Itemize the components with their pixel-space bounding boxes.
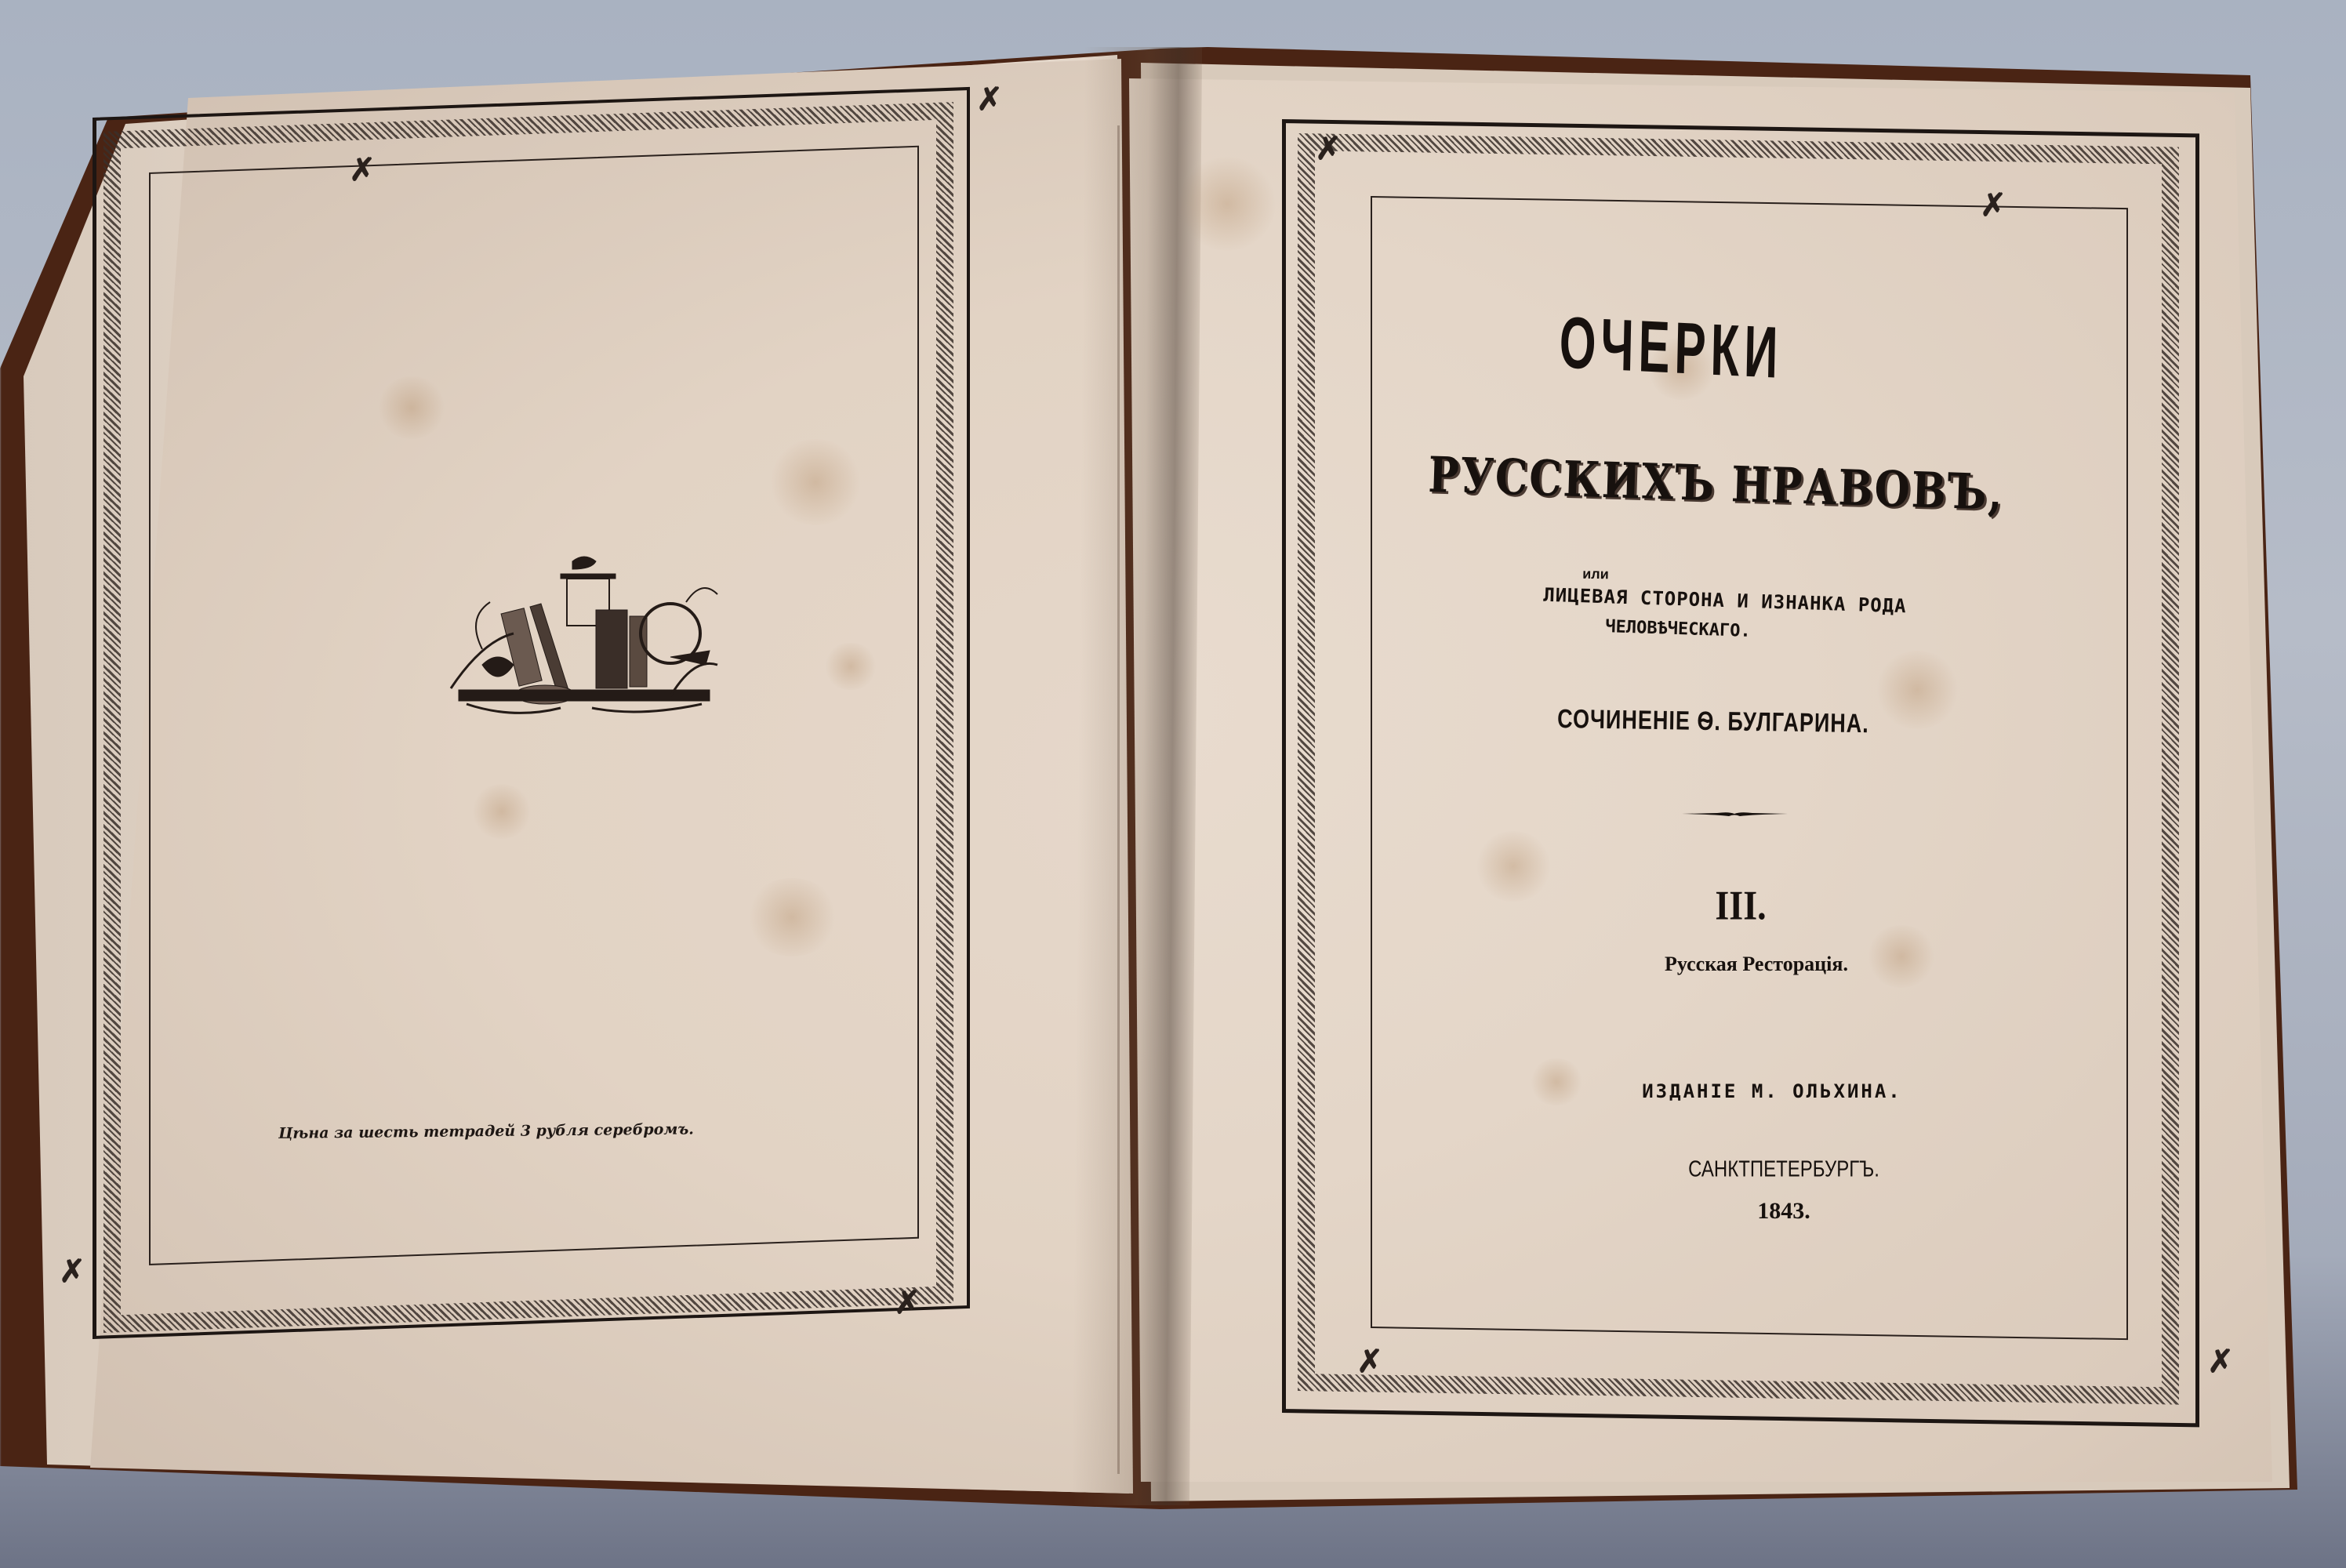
engraved-still-life-vignette-icon <box>435 547 729 716</box>
book-gutter-shadow <box>1072 47 1202 1505</box>
photo-scene: ✗ ✗ ✗ ✗ Цѣна за шесть тетрадей 3 рубля с… <box>0 0 2346 1568</box>
book-title: ОЧЕРКИ <box>1559 300 1764 394</box>
scroll-corner-ornament-icon: ✗ <box>345 153 379 187</box>
scroll-corner-ornament-icon: ✗ <box>1976 188 2010 223</box>
scroll-corner-ornament-icon: ✗ <box>2203 1345 2238 1379</box>
scroll-corner-ornament-icon: ✗ <box>55 1254 89 1289</box>
publication-city: САНКТПЕТЕРБУРГЪ. <box>1666 1156 1901 1183</box>
scroll-corner-ornament-icon: ✗ <box>890 1286 924 1320</box>
scroll-corner-ornament-icon: ✗ <box>1311 132 1345 166</box>
ornamental-rule-icon <box>1682 811 1788 816</box>
chapter-title: Русская Ресторація. <box>1623 953 1890 976</box>
author-line: СОЧИНЕНІЕ Ѳ. БУЛГАРИНА. <box>1509 703 1918 740</box>
publisher-line: ИЗДАНІЕ М. ОЛЬХИНА. <box>1600 1080 1945 1102</box>
scroll-corner-ornament-icon: ✗ <box>972 82 1007 117</box>
conjunction: или <box>1549 565 1643 583</box>
volume-number: III. <box>1701 881 1780 929</box>
scroll-corner-ornament-icon: ✗ <box>1353 1345 1387 1379</box>
page-edge <box>1117 125 1120 1474</box>
publication-year: 1843. <box>1737 1198 1831 1225</box>
foxing-spot <box>1176 157 1278 251</box>
